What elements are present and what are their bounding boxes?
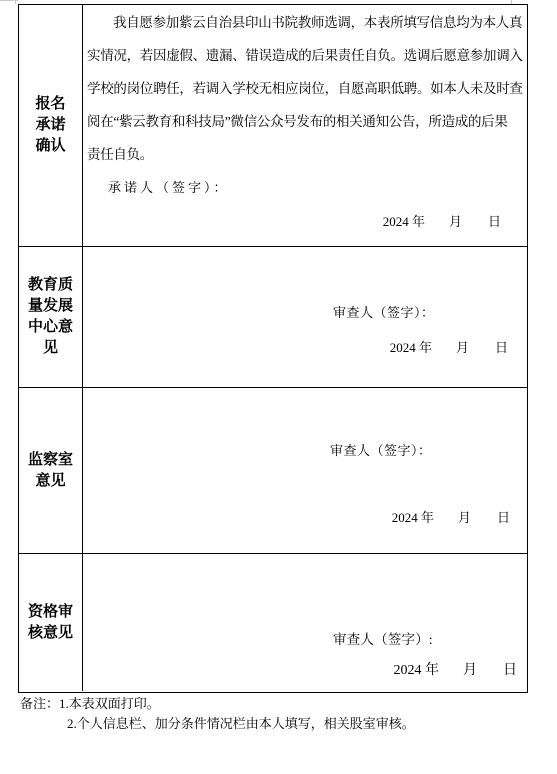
label-line: 确认 — [35, 136, 65, 157]
date-year: 2024 年 — [390, 337, 432, 356]
page-boundary-mark-left-tick — [15, 0, 16, 4]
supervision-office-opinion-cell: 审查人（签字）： 2024 年 月 日 — [83, 388, 527, 554]
reviewer-signature-label: 审查人（签字）： — [330, 440, 432, 459]
date-line: 2024 年 月 日 — [83, 659, 527, 679]
label-line: 中心意 — [28, 317, 73, 338]
remarks: 备注：1.本表双面打印。 2.个人信息栏、加分条件情况栏由本人填写，相关股室审核… — [20, 694, 415, 734]
reviewer-signature-label: 审查人（签字）： — [333, 302, 435, 321]
commitment-text-line: 责任自负。 — [87, 138, 523, 171]
commitment-text-line: 阅在“紫云教育和科技局”微信公众号发布的相关通知公告，所造成的后果 — [87, 105, 523, 138]
commitment-text-line: 我自愿参加紫云自治县印山书院教师选调，本表所填写信息均为本人真 — [87, 6, 523, 39]
date-line: 2024 年 月 日 — [83, 337, 527, 356]
label-line: 教育质 — [28, 275, 73, 296]
label-line: 意见 — [35, 471, 65, 492]
form-page: 报名 承诺 确认 我自愿参加紫云自治县印山书院教师选调，本表所填写信息均为本人真… — [0, 0, 557, 774]
application-form-table: 报名 承诺 确认 我自愿参加紫云自治县印山书院教师选调，本表所填写信息均为本人真… — [18, 4, 528, 693]
date-line: 2024 年 月 日 — [87, 204, 523, 237]
date-month: 月 — [456, 337, 469, 356]
date-year: 2024 年 — [394, 659, 440, 679]
commitment-text-line: 实情况，若因虚假、遗漏、错误造成的后果责任自负。选调后愿意参加调入 — [87, 39, 523, 72]
label-education-quality-center-opinion: 教育质 量发展 中心意 见 — [19, 247, 83, 388]
commitment-content-cell: 我自愿参加紫云自治县印山书院教师选调，本表所填写信息均为本人真 实情况，若因虚假… — [83, 5, 527, 247]
label-line: 监察室 — [28, 450, 73, 471]
label-line: 见 — [43, 338, 58, 359]
education-quality-opinion-cell: 审查人（签字）： 2024 年 月 日 — [83, 247, 527, 388]
date-day: 日 — [495, 337, 508, 356]
label-qualification-review-opinion: 资格审 核意见 — [19, 554, 83, 691]
date-day: 日 — [497, 507, 510, 526]
label-line: 承诺 — [35, 115, 65, 136]
date-day: 日 — [488, 211, 501, 230]
commitment-text: 我自愿参加紫云自治县印山书院教师选调，本表所填写信息均为本人真 实情况，若因虚假… — [87, 6, 523, 237]
date-year: 2024 年 — [383, 211, 425, 230]
date-month: 月 — [458, 507, 471, 526]
date-month: 月 — [449, 211, 462, 230]
label-line: 量发展 — [28, 296, 73, 317]
qualification-review-opinion-cell: 审查人（签字）: 2024 年 月 日 — [83, 554, 527, 691]
commitment-text-line: 学校的岗位聘任，若调入学校无相应岗位，自愿高职低聘。如本人未及时查 — [87, 72, 523, 105]
reviewer-signature-label: 审查人（签字）: — [333, 628, 433, 648]
promiser-signature-label: 承诺人（签字）： — [108, 171, 523, 204]
date-year: 2024 年 — [392, 507, 434, 526]
label-line: 报名 — [35, 94, 65, 115]
remark-line-2: 2.个人信息栏、加分条件情况栏由本人填写，相关股室审核。 — [67, 714, 415, 734]
label-registration-commitment: 报名 承诺 确认 — [19, 5, 83, 247]
label-line: 资格审 — [28, 602, 73, 623]
date-line: 2024 年 月 日 — [83, 507, 527, 526]
remark-line-1: 备注：1.本表双面打印。 — [20, 694, 415, 714]
label-supervision-office-opinion: 监察室 意见 — [19, 388, 83, 554]
date-day: 日 — [503, 659, 517, 679]
date-month: 月 — [463, 659, 477, 679]
label-line: 核意见 — [28, 623, 73, 644]
